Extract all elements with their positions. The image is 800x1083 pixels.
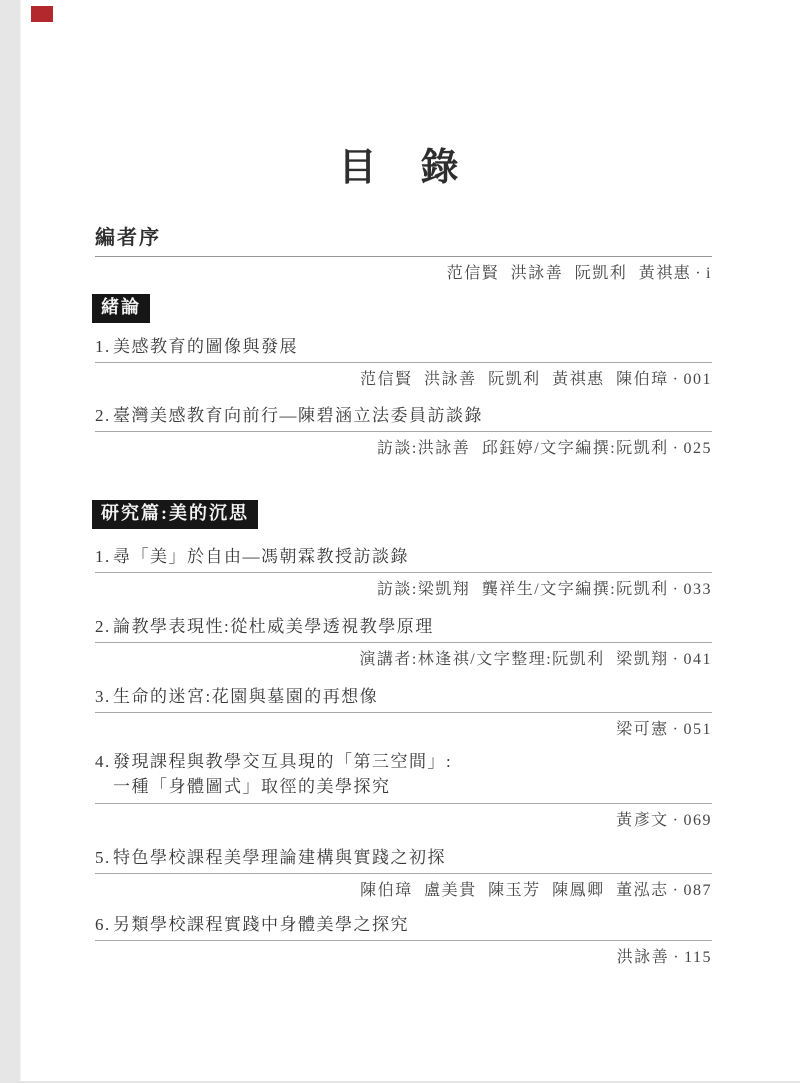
entry-title: 特色學校課程美學理論建構與實踐之初探 [113, 848, 446, 867]
dot-separator: · [673, 949, 680, 966]
entry-number: 5. [95, 848, 113, 868]
dot-separator: · [673, 440, 680, 457]
preface-authors-line: 范信賢 洪詠善 阮凱利 黃祺惠·i [95, 264, 712, 283]
entry-authors-line: 訪談:洪詠善 邱鈺婷/文字編撰:阮凱利·025 [95, 439, 712, 458]
toc-entry: 1.美感教育的圖像與發展 范信賢 洪詠善 阮凱利 黃祺惠 陳伯璋·001 [95, 337, 712, 390]
entry-number: 6. [95, 915, 113, 935]
entry-authors-line: 演講者:林逢祺/文字整理:阮凱利 梁凱翔·041 [95, 650, 712, 669]
toc-entry: 2.臺灣美感教育向前行—陳碧涵立法委員訪談錄 訪談:洪詠善 邱鈺婷/文字編撰:阮… [95, 406, 712, 459]
dot-separator: · [673, 651, 680, 668]
entry-page-number: 069 [684, 812, 713, 829]
entry-title: 生命的迷宮:花園與墓園的再想像 [113, 687, 378, 706]
toc-entry: 3.生命的迷宮:花園與墓園的再想像 梁可憲·051 [95, 687, 712, 740]
entry-title-line: 3.生命的迷宮:花園與墓園的再想像 [95, 687, 712, 713]
entry-authors: 梁可憲 [616, 721, 669, 738]
toc-entry: 5.特色學校課程美學理論建構與實踐之初探 陳伯璋 盧美貴 陳玉芳 陳鳳卿 董泓志… [95, 848, 712, 901]
toc-entry: 6.另類學校課程實踐中身體美學之探究 洪詠善·115 [95, 915, 712, 968]
entry-authors-line: 黃彥文·069 [95, 811, 712, 830]
dot-separator: · [695, 265, 702, 282]
entry-title-line: 4.發現課程與教學交互具現的「第三空間」: [95, 752, 712, 777]
entry-page-number: 051 [684, 721, 713, 738]
entry-authors: 陳伯璋 盧美貴 陳玉芳 陳鳳卿 董泓志 [360, 882, 669, 899]
dot-separator: · [673, 371, 680, 388]
entry-authors: 黃彥文 [616, 812, 669, 829]
entry-title: 另類學校課程實踐中身體美學之探究 [113, 915, 409, 934]
entry-title-line2: 一種「身體圖式」取徑的美學探究 [95, 777, 712, 803]
section-heading-research: 研究篇:美的沉思 [92, 500, 258, 529]
dot-separator: · [673, 581, 680, 598]
entry-title: 尋「美」於自由—馮朝霖教授訪談錄 [113, 547, 409, 566]
entry-title-line: 2.論教學表現性:從杜威美學透視教學原理 [95, 617, 712, 643]
entry-authors-line: 洪詠善·115 [95, 948, 712, 967]
entry-page-number: 025 [684, 440, 713, 457]
entry-title: 論教學表現性:從杜威美學透視教學原理 [113, 617, 434, 636]
entry-page-number: 001 [684, 371, 713, 388]
entry-authors: 訪談:洪詠善 邱鈺婷/文字編撰:阮凱利 [377, 440, 669, 457]
dot-separator: · [673, 812, 680, 829]
entry-authors: 范信賢 洪詠善 阮凱利 黃祺惠 陳伯璋 [360, 371, 669, 388]
entry-number: 3. [95, 687, 113, 707]
entry-title-line: 1.尋「美」於自由—馮朝霖教授訪談錄 [95, 547, 712, 573]
entry-authors: 訪談:梁凱翔 龔祥生/文字編撰:阮凱利 [377, 581, 669, 598]
preface-block: 編者序 范信賢 洪詠善 阮凱利 黃祺惠·i [95, 226, 712, 283]
toc-entry: 2.論教學表現性:從杜威美學透視教學原理 演講者:林逢祺/文字整理:阮凱利 梁凱… [95, 617, 712, 670]
entry-number: 2. [95, 406, 113, 426]
preface-page-number: i [706, 265, 712, 282]
toc-page: 目 錄 編者序 范信賢 洪詠善 阮凱利 黃祺惠·i 緒論 1.美感教育的圖像與發… [0, 0, 800, 1083]
entry-title: 臺灣美感教育向前行—陳碧涵立法委員訪談錄 [113, 406, 483, 425]
entry-title: 美感教育的圖像與發展 [113, 337, 298, 356]
entry-title-line: 5.特色學校課程美學理論建構與實踐之初探 [95, 848, 712, 874]
preface-heading: 編者序 [95, 226, 712, 257]
entry-title-line: 6.另類學校課程實踐中身體美學之探究 [95, 915, 712, 941]
entry-number: 1. [95, 337, 113, 357]
entry-authors-line: 梁可憲·051 [95, 720, 712, 739]
entry-authors-line: 訪談:梁凱翔 龔祥生/文字編撰:阮凱利·033 [95, 580, 712, 599]
page-title: 目 錄 [0, 146, 800, 192]
entry-page-number: 041 [684, 651, 713, 668]
entry-authors-line: 陳伯璋 盧美貴 陳玉芳 陳鳳卿 董泓志·087 [95, 881, 712, 900]
entry-authors: 演講者:林逢祺/文字整理:阮凱利 梁凱翔 [359, 651, 668, 668]
dot-separator: · [673, 721, 680, 738]
toc-entry: 4.發現課程與教學交互具現的「第三空間」: 一種「身體圖式」取徑的美學探究 黃彥… [95, 752, 712, 830]
entry-authors: 洪詠善 [617, 949, 670, 966]
entry-page-number: 033 [684, 581, 713, 598]
toc-entry: 1.尋「美」於自由—馮朝霖教授訪談錄 訪談:梁凱翔 龔祥生/文字編撰:阮凱利·0… [95, 547, 712, 600]
dot-separator: · [673, 882, 680, 899]
section-heading-intro: 緒論 [92, 294, 150, 323]
entry-title: 發現課程與教學交互具現的「第三空間」: [113, 752, 452, 771]
entry-title-line: 2.臺灣美感教育向前行—陳碧涵立法委員訪談錄 [95, 406, 712, 432]
preface-authors: 范信賢 洪詠善 阮凱利 黃祺惠 [447, 265, 692, 282]
entry-authors-line: 范信賢 洪詠善 阮凱利 黃祺惠 陳伯璋·001 [95, 370, 712, 389]
entry-number: 1. [95, 547, 113, 567]
red-marker [31, 6, 53, 22]
entry-page-number: 087 [684, 882, 713, 899]
entry-page-number: 115 [684, 949, 712, 966]
entry-number: 2. [95, 617, 113, 637]
entry-title-line: 1.美感教育的圖像與發展 [95, 337, 712, 363]
entry-title-continued: 一種「身體圖式」取徑的美學探究 [113, 777, 391, 796]
entry-number: 4. [95, 752, 113, 772]
